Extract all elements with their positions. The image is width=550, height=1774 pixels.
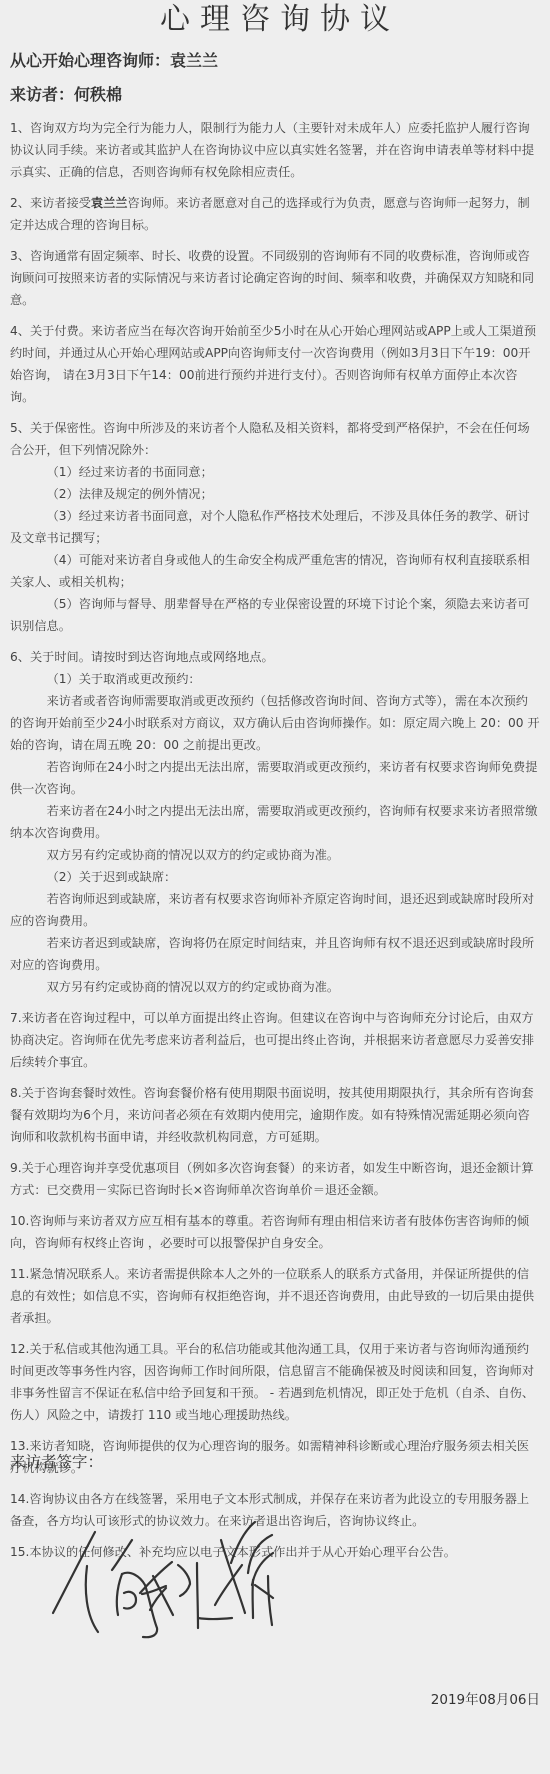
clause-12: 12.关于私信或其他沟通工具。平台的私信功能或其他沟通工具，仅用于来访者与咨询师… — [10, 1338, 540, 1426]
counselor-name: 袁兰兰 — [91, 196, 128, 210]
clause-5-item: （1）经过来访者的书面同意； — [10, 461, 540, 483]
clause-9: 9.关于心理咨询并享受优惠项目（例如多次咨询套餐）的来访者，如发生中断咨询，退还… — [10, 1157, 540, 1201]
clause-5-intro: 5、关于保密性。咨询中所涉及的来访者个人隐私及相关资料，都将受到严格保护，不会在… — [10, 417, 540, 461]
clause-6-sub2-para: 若来访者迟到或缺席，咨询将仍在原定时间结束，并且咨询师有权不退还迟到或缺席时段所… — [10, 932, 540, 976]
clause-5: 5、关于保密性。咨询中所涉及的来访者个人隐私及相关资料，都将受到严格保护，不会在… — [10, 417, 540, 637]
clause-6-sub2-para: 双方另有约定或协商的情况以双方的约定或协商为准。 — [10, 976, 540, 998]
agreement-body: 1、咨询双方均为完全行为能力人，限制行为能力人（主要针对未成年人）应委托监护人履… — [0, 117, 550, 1563]
clause-2-prefix: 2、来访者接受 — [10, 196, 91, 210]
clause-6-sub2-para: 若咨询师迟到或缺席，来访者有权要求咨询师补齐原定咨询时间，退还迟到或缺席时段所对… — [10, 888, 540, 932]
signature-label: 来访者签字： — [10, 1450, 103, 1472]
counselor-line: 从心开始心理咨询师：袁兰兰 — [0, 50, 550, 72]
clause-6-intro: 6、关于时间。请按时到达咨询地点或网络地点。 — [10, 646, 540, 668]
clause-3: 3、咨询通常有固定频率、时长、收费的设置。不同级别的咨询师有不同的收费标准，咨询… — [10, 245, 540, 311]
clause-10: 10.咨询师与来访者双方应互相有基本的尊重。若咨询师有理由相信来访者有肢体伤害咨… — [10, 1210, 540, 1254]
clause-11: 11.紧急情况联系人。来访者需提供除本人之外的一位联系人的联系方式备用，并保证所… — [10, 1263, 540, 1329]
document-title: 心理咨询协议 — [0, 0, 550, 40]
clause-5-item: （2）法律及规定的例外情况； — [10, 483, 540, 505]
clause-7: 7.来访者在咨询过程中，可以单方面提出终止咨询。但建议在咨询中与咨询师充分讨论后… — [10, 1007, 540, 1073]
clause-6-sub1-para: 若咨询师在24小时之内提出无法出席，需要取消或更改预约，来访者有权要求咨询师免费… — [10, 756, 540, 800]
clause-6-sub1-para: 来访者或者咨询师需要取消或更改预约（包括修改咨询时间、咨询方式等），需在本次预约… — [10, 690, 540, 756]
clause-6: 6、关于时间。请按时到达咨询地点或网络地点。 （1）关于取消或更改预约： 来访者… — [10, 646, 540, 998]
clause-5-item: （4）可能对来访者自身或他人的生命安全构成严重危害的情况，咨询师有权利直接联系相… — [10, 549, 540, 593]
visitor-line: 来访者：何秩棉 — [0, 84, 550, 106]
clause-6-sub2-title: （2）关于迟到或缺席： — [10, 866, 540, 888]
clause-2: 2、来访者接受袁兰兰咨询师。来访者愿意对自己的选择或行为负责，愿意与咨询师一起努… — [10, 192, 540, 236]
clause-5-item: （3）经过来访者书面同意，对个人隐私作严格技术处理后，不涉及具体任务的教学、研讨… — [10, 505, 540, 549]
clause-6-sub1-para: 若来访者在24小时之内提出无法出席，需要取消或更改预约，咨询师有权要求来访者照常… — [10, 800, 540, 844]
clause-5-item: （5）咨询师与督导、朋辈督导在严格的专业保密设置的环境下讨论个案，须隐去来访者可… — [10, 593, 540, 637]
clause-8: 8.关于咨询套餐时效性。咨询套餐价格有使用期限书面说明，按其使用期限执行，其余所… — [10, 1082, 540, 1148]
clause-6-sub1-para: 双方另有约定或协商的情况以双方的约定或协商为准。 — [10, 844, 540, 866]
signature-date: 2019年08月06日 — [431, 1688, 540, 1708]
clause-4: 4、关于付费。来访者应当在每次咨询开始前至少5小时在从心开始心理网站或APP上或… — [10, 320, 540, 408]
clause-6-sub1-title: （1）关于取消或更改预约： — [10, 668, 540, 690]
handwritten-signature-icon — [0, 1490, 300, 1650]
clause-1: 1、咨询双方均为完全行为能力人，限制行为能力人（主要针对未成年人）应委托监护人履… — [10, 117, 540, 183]
